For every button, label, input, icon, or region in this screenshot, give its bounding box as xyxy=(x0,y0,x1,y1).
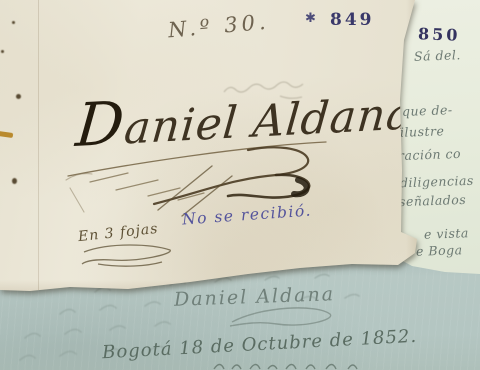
folio-number: N.º 30. xyxy=(167,10,270,43)
text-fragment: e vista xyxy=(424,225,469,242)
lower-signature-flourish xyxy=(222,304,342,330)
folio-stamp-849: 849 xyxy=(330,10,375,30)
folio-stamp-850: 850 xyxy=(418,24,461,44)
binding-hole xyxy=(12,178,17,184)
binding-stitch xyxy=(0,131,13,138)
text-fragment: Sá del. xyxy=(414,47,461,64)
stamp-mark-icon: ✱ xyxy=(305,11,316,26)
paper-speck xyxy=(12,21,15,24)
scanned-document: 850 Sá del. que de- ilustre ración co di… xyxy=(0,0,480,370)
note-fojas-flourish xyxy=(78,242,178,268)
paper-cream-wrap: N.º 30. ✱ 849 Daniel Aldana. xyxy=(0,0,420,296)
paper-speck xyxy=(1,50,4,53)
binding-hole xyxy=(16,94,21,99)
text-fragment: e Boga xyxy=(416,242,463,259)
paper-cream-sheet: N.º 30. ✱ 849 Daniel Aldana. xyxy=(0,0,420,296)
paper-fold-line xyxy=(38,0,39,290)
cut-off-line-strokes xyxy=(210,360,380,370)
